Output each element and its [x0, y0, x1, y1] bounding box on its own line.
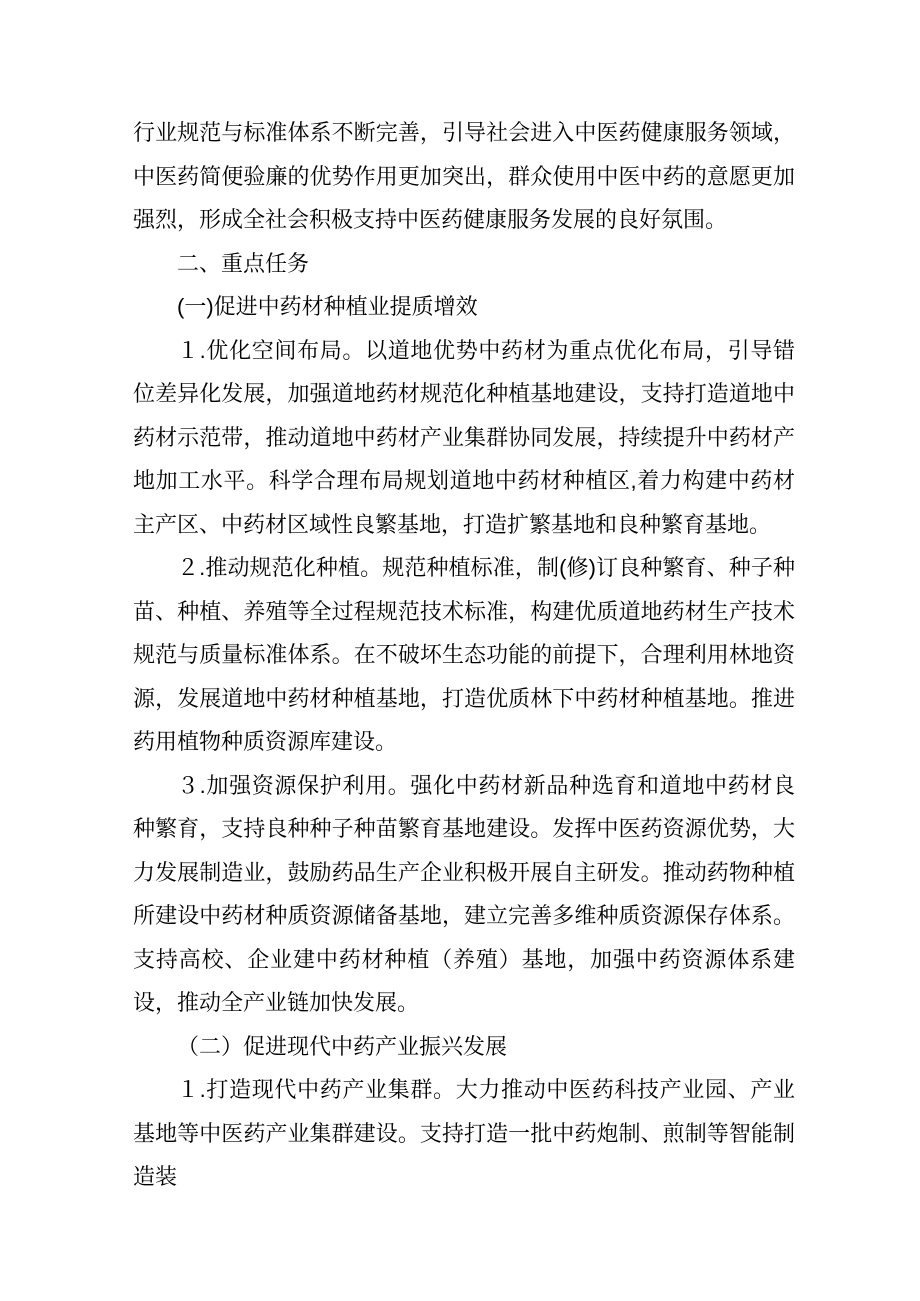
paragraph-item-1-industry-cluster: １.打造现代中药产业集群。大力推动中医药科技产业园、产业基地等中医药产业集群建设…: [133, 1068, 795, 1199]
paragraph-item-2-standardized-planting: ２.推动规范化种植。规范种植标准，制(修)订良种繁育、种子种苗、种植、养殖等全过…: [133, 546, 795, 764]
subsection-heading-2: （二）促进现代中药产业振兴发展: [133, 1025, 795, 1069]
section-heading-key-tasks: 二、重点任务: [133, 242, 795, 286]
paragraph-continuation: 行业规范与标准体系不断完善，引导社会进入中医药健康服务领域，中医药简便验廉的优势…: [133, 111, 795, 242]
paragraph-item-1-spatial-layout: １.优化空间布局。以道地优势中药材为重点优化布局，引导错位差异化发展，加强道地药…: [133, 329, 795, 547]
paragraph-item-3-resource-protection: ３.加强资源保护利用。强化中药材新品种选育和道地中药材良种繁育，支持良种种子种苗…: [133, 764, 795, 1025]
subsection-heading-1: (一)促进中药材种植业提质增效: [133, 285, 795, 329]
document-page: 行业规范与标准体系不断完善，引导社会进入中医药健康服务领域，中医药简便验廉的优势…: [0, 0, 920, 1301]
document-text-block: 行业规范与标准体系不断完善，引导社会进入中医药健康服务领域，中医药简便验廉的优势…: [133, 111, 795, 1199]
